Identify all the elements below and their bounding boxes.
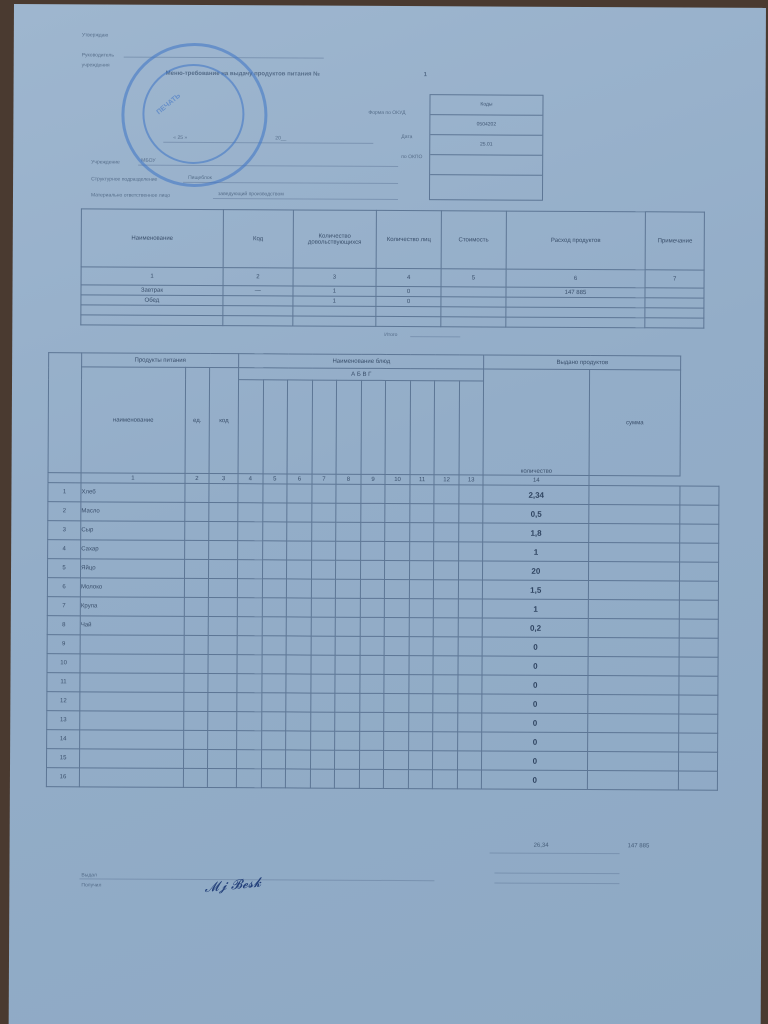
product-name: Молоко [80, 578, 184, 598]
dish-column-header [238, 380, 263, 474]
issued-sum [589, 581, 680, 600]
extra-cell [680, 486, 719, 505]
code-extra [430, 175, 542, 195]
dish-cell [433, 694, 458, 713]
row-number: 2 [48, 502, 81, 521]
issued-sum [588, 771, 679, 790]
unit-label: Структурное подразделение [91, 176, 157, 182]
dish-column-header [385, 380, 410, 474]
dish-cell [433, 656, 458, 675]
summary-header-0: Наименование [81, 209, 223, 268]
dish-cell [208, 769, 237, 788]
summary-header-6: Примечание [645, 212, 704, 270]
dish-cell [238, 484, 263, 503]
issued-qty: 0 [482, 751, 588, 771]
dish-cell [360, 579, 385, 598]
column-number: 4 [238, 474, 263, 484]
summary-header-4: Стоимость [441, 211, 506, 269]
dish-column-header [287, 380, 312, 474]
dish-cell [409, 694, 434, 713]
dish-cell [384, 636, 409, 655]
dish-cell [262, 541, 287, 560]
dish-cell [459, 542, 484, 561]
dish-cell [458, 618, 483, 637]
column-number: 3 [209, 474, 238, 484]
dish-cell [261, 693, 286, 712]
dish-cell [336, 522, 361, 541]
product-name: Хлеб [81, 483, 185, 503]
dish-cell [312, 484, 337, 503]
extra-cell [679, 581, 718, 600]
approve-label: Утверждаю [82, 32, 108, 38]
dish-cell [183, 749, 208, 768]
dish-cell [208, 598, 237, 617]
dish-cell [185, 483, 210, 502]
dish-cell [409, 542, 434, 561]
summary-cell [441, 317, 506, 327]
dish-cell [434, 580, 459, 599]
row-number: 4 [48, 540, 81, 559]
products-group-header: Продукты питания [82, 353, 239, 368]
dish-cell [311, 655, 336, 674]
dish-column-header [434, 381, 459, 475]
dish-cell [285, 769, 310, 788]
dish-cell [261, 731, 286, 750]
dish-cell [360, 560, 385, 579]
code-label: Форма по ОКУД [368, 110, 405, 116]
dish-cell [410, 485, 435, 504]
dish-cell [311, 636, 336, 655]
dish-cell [237, 636, 262, 655]
product-name [80, 692, 184, 712]
product-name-header: наименование [81, 367, 185, 474]
issued-header: Выдано продуктов [484, 355, 680, 370]
issued-qty: 1,5 [483, 580, 589, 600]
dish-cell [433, 751, 458, 770]
dish-cell [385, 503, 410, 522]
summary-cell [293, 306, 377, 316]
dish-column-header [263, 380, 288, 474]
extra-cell [678, 771, 717, 790]
issued-sum [588, 695, 679, 714]
dish-cell [287, 522, 312, 541]
dish-cell [458, 713, 483, 732]
head-label: Руководитель [82, 52, 114, 58]
summary-total-label: Итого [384, 332, 397, 338]
column-number: 2 [185, 473, 210, 483]
row-number: 5 [47, 559, 80, 578]
issued-qty: 0,5 [483, 504, 589, 524]
dish-cell [237, 712, 262, 731]
extra-cell [679, 676, 718, 695]
extra-cell [679, 600, 718, 619]
summary-cell: 1 [293, 286, 377, 296]
issued-qty: 0 [482, 770, 588, 790]
extra-cell [680, 505, 719, 524]
menu-requisition-table: Продукты питания Наименование блюд Выдан… [46, 352, 720, 791]
dish-cell [410, 504, 435, 523]
dish-cell [184, 597, 209, 616]
summary-cell [505, 317, 645, 328]
received-label: Получил [81, 882, 101, 888]
extra-cell [679, 695, 718, 714]
dish-cell [385, 522, 410, 541]
table-row: 160 [46, 768, 717, 791]
dish-cell [434, 485, 459, 504]
dish-cell [310, 731, 335, 750]
dish-cell [208, 731, 237, 750]
dish-cell [409, 637, 434, 656]
issued-sum [589, 543, 680, 562]
dish-cell [385, 598, 410, 617]
dish-cell [237, 579, 262, 598]
dish-cell [209, 503, 238, 522]
dish-cell [434, 542, 459, 561]
product-name [80, 635, 184, 655]
dish-cell [183, 692, 208, 711]
dish-cell [183, 768, 208, 787]
row-number: 15 [47, 749, 80, 768]
dish-cell [237, 617, 262, 636]
dish-cell [208, 712, 237, 731]
dish-cell [238, 503, 263, 522]
dish-cell [183, 730, 208, 749]
summary-cell: 0 [376, 286, 441, 296]
product-name: Сыр [81, 521, 185, 541]
column-number: 5 [263, 474, 288, 484]
row-number: 6 [47, 578, 80, 597]
issued-qty: 0 [482, 656, 588, 676]
codes-header: Коды [430, 95, 542, 116]
official-stamp: ПЕЧАТЬ [121, 43, 268, 188]
dish-cell [458, 599, 483, 618]
summary-row [81, 315, 704, 328]
issued-sum [588, 619, 679, 638]
dish-cell [262, 503, 287, 522]
dish-cell [238, 541, 263, 560]
year-line: 20__ [275, 135, 286, 141]
dish-cell [286, 712, 311, 731]
dish-cell [360, 617, 385, 636]
dish-cell [310, 750, 335, 769]
product-name [79, 768, 183, 788]
dish-cell [184, 635, 209, 654]
dish-cell [311, 522, 336, 541]
dish-cell [209, 560, 238, 579]
row-number: 3 [48, 521, 81, 540]
institution-label: Учреждение [91, 159, 120, 165]
dish-cell [208, 674, 237, 693]
dish-cell [209, 522, 238, 541]
dish-cell [208, 617, 237, 636]
dish-cell [184, 673, 209, 692]
dish-cell [287, 560, 312, 579]
dish-cell [236, 769, 261, 788]
dish-cell [311, 541, 336, 560]
dish-cell [335, 750, 360, 769]
code-okud: 0504202 [430, 115, 542, 136]
dish-cell [384, 731, 409, 750]
issued-qty: 0 [482, 694, 588, 714]
dish-cell [335, 655, 360, 674]
product-name [80, 673, 184, 693]
summary-cell: 147 885 [506, 287, 646, 298]
extra-cell [679, 619, 718, 638]
dish-cell [384, 617, 409, 636]
column-number: 7 [312, 474, 337, 484]
extra-cell [679, 657, 718, 676]
extra-cell [680, 524, 719, 543]
dish-column-header [312, 380, 337, 474]
dish-cell [385, 560, 410, 579]
dish-cell [262, 598, 287, 617]
dish-cell [286, 579, 311, 598]
issued-sum [588, 714, 679, 733]
dish-cell [236, 750, 261, 769]
dish-cell [335, 674, 360, 693]
dish-cell [335, 769, 360, 788]
date-label: Дата [401, 134, 412, 140]
dish-cell [408, 732, 433, 751]
dish-cell [208, 636, 237, 655]
product-name: Яйцо [81, 559, 185, 579]
row-number: 11 [47, 673, 80, 692]
issued-sum [589, 505, 680, 524]
issued-sum [588, 733, 679, 752]
unit-header: ед. [185, 367, 210, 473]
dish-cell [335, 598, 360, 617]
dish-cell [409, 580, 434, 599]
issued-qty: 20 [483, 561, 589, 581]
dish-cell [457, 751, 482, 770]
dish-cell [286, 674, 311, 693]
summary-header-5: Расход продуктов [506, 211, 646, 270]
summary-cell [441, 307, 506, 317]
dish-cell [209, 484, 238, 503]
dish-cell [208, 693, 237, 712]
dish-cell [458, 675, 483, 694]
summary-cell: — [223, 286, 293, 296]
dish-cell [238, 522, 263, 541]
issued-sum [588, 600, 679, 619]
dish-cell [359, 769, 384, 788]
code-date: 25.01 [430, 135, 542, 156]
summary-cell [506, 297, 646, 308]
dish-cell [261, 712, 286, 731]
column-number: 14 [483, 475, 589, 486]
issued-qty: 0 [482, 675, 588, 695]
dish-cell [458, 694, 483, 713]
issued-sum [588, 638, 679, 657]
dish-cell [262, 522, 287, 541]
product-name [80, 730, 184, 750]
dish-cell [360, 674, 385, 693]
product-name: Масло [81, 502, 185, 522]
dish-cell [209, 579, 238, 598]
dish-cell [408, 770, 433, 789]
dish-cell [311, 560, 336, 579]
dish-cell [311, 503, 336, 522]
summary-header-3: Количество лиц [376, 210, 441, 268]
issued-sum [589, 562, 680, 581]
dish-cell [408, 751, 433, 770]
summary-cell: 1 [293, 296, 377, 306]
org-label: учреждения [82, 62, 110, 68]
dish-cell [336, 579, 361, 598]
dish-cell [262, 655, 287, 674]
summary-cell [292, 316, 376, 326]
dish-cell [286, 598, 311, 617]
extra-cell [679, 714, 718, 733]
dish-cell [184, 578, 209, 597]
row-number: 8 [47, 616, 80, 635]
dish-column-header [336, 380, 361, 474]
row-number: 7 [47, 597, 80, 616]
issued-qty: 1 [483, 599, 589, 619]
dish-cell [433, 732, 458, 751]
dish-cell [361, 484, 386, 503]
dish-cell [359, 731, 384, 750]
dish-cell [434, 504, 459, 523]
dish-cell [262, 579, 287, 598]
dish-column-header [459, 381, 484, 475]
dish-cell [458, 732, 483, 751]
dish-cell [311, 579, 336, 598]
dish-cell [409, 656, 434, 675]
dish-cell [208, 750, 237, 769]
responsible-value: заведующий производством [218, 191, 284, 197]
dish-cell [184, 559, 209, 578]
row-number: 13 [47, 711, 80, 730]
dish-cell [310, 769, 335, 788]
code-header: код [209, 368, 238, 474]
dish-cell [360, 693, 385, 712]
dish-cell [184, 502, 209, 521]
code-okpo [430, 155, 542, 176]
dish-cell [237, 693, 262, 712]
summary-cell [376, 306, 441, 316]
dish-cell [335, 617, 360, 636]
dish-cell [237, 598, 262, 617]
summary-cell: 0 [376, 296, 441, 306]
summary-table: НаименованиеКодКоличество довольствующих… [80, 208, 705, 328]
total-sum: 147 885 [628, 843, 650, 849]
extra-cell [678, 733, 717, 752]
summary-header-2: Количество довольствующихся [293, 210, 377, 268]
row-number: 9 [47, 635, 80, 654]
dish-cell [311, 617, 336, 636]
issued-sum [589, 486, 680, 505]
dish-cell [261, 674, 286, 693]
dish-cell [310, 693, 335, 712]
dish-column-header [410, 381, 435, 475]
okpo-label: по ОКПО [401, 154, 422, 160]
dish-cell [458, 637, 483, 656]
qty-header: количество [484, 369, 590, 476]
dish-cell [410, 523, 435, 542]
dish-cell [384, 750, 409, 769]
dish-cell [458, 656, 483, 675]
dish-cell [434, 618, 459, 637]
dish-cell [459, 523, 484, 542]
dish-cell [287, 541, 312, 560]
dish-cell [311, 598, 336, 617]
issued-qty: 0 [483, 637, 589, 657]
dish-cell [237, 674, 262, 693]
dish-cell [336, 484, 361, 503]
issued-sum [588, 657, 679, 676]
summary-cell [223, 316, 293, 326]
issued-qty: 0 [482, 713, 588, 733]
summary-header-1: Код [223, 210, 293, 268]
dish-cell [360, 655, 385, 674]
dish-cell [434, 523, 459, 542]
dish-cell [360, 636, 385, 655]
extra-cell [678, 752, 717, 771]
dish-cell [286, 617, 311, 636]
dish-cell [385, 541, 410, 560]
dish-cell [409, 561, 434, 580]
summary-cell [223, 306, 293, 316]
dish-cell [286, 750, 311, 769]
dish-cell [183, 711, 208, 730]
row-number: 1 [48, 483, 81, 502]
summary-cell [645, 308, 704, 318]
summary-cell [645, 288, 704, 298]
dish-cell [384, 712, 409, 731]
dish-cell [286, 655, 311, 674]
dish-cell [409, 675, 434, 694]
issued-sum [589, 524, 680, 543]
summary-cell [376, 316, 441, 326]
summary-cell [223, 296, 293, 306]
row-number: 10 [47, 654, 80, 673]
dish-cell [286, 693, 311, 712]
row-number: 14 [47, 730, 80, 749]
document-page: Утверждаю Руководитель учреждения Меню-т… [9, 4, 766, 1024]
dish-cell [409, 599, 434, 618]
dish-cell [434, 561, 459, 580]
dish-cell [286, 636, 311, 655]
dish-cell [262, 636, 287, 655]
dish-cell [360, 522, 385, 541]
product-name: Крупа [80, 597, 184, 617]
issued-qty: 1 [483, 542, 589, 562]
dish-cell [433, 713, 458, 732]
issued-qty: 1,8 [483, 523, 589, 543]
dish-cell [433, 637, 458, 656]
column-number: 11 [410, 475, 435, 485]
dish-cell [237, 655, 262, 674]
dish-cell [384, 769, 409, 788]
dish-cell [360, 598, 385, 617]
column-number: 9 [361, 474, 386, 484]
dish-cell [384, 674, 409, 693]
dish-cell [261, 750, 286, 769]
issued-sum [588, 676, 679, 695]
codes-box: Коды 0504202 25.01 [429, 94, 544, 201]
dish-cell [459, 485, 484, 504]
dish-cell [458, 561, 483, 580]
product-name: Чай [80, 616, 184, 636]
dish-cell [336, 560, 361, 579]
column-number: 13 [459, 475, 484, 485]
product-name [80, 749, 184, 769]
product-name [80, 711, 184, 731]
sum-header: сумма [589, 370, 680, 476]
summary-cell [81, 315, 223, 326]
dish-cell [384, 655, 409, 674]
